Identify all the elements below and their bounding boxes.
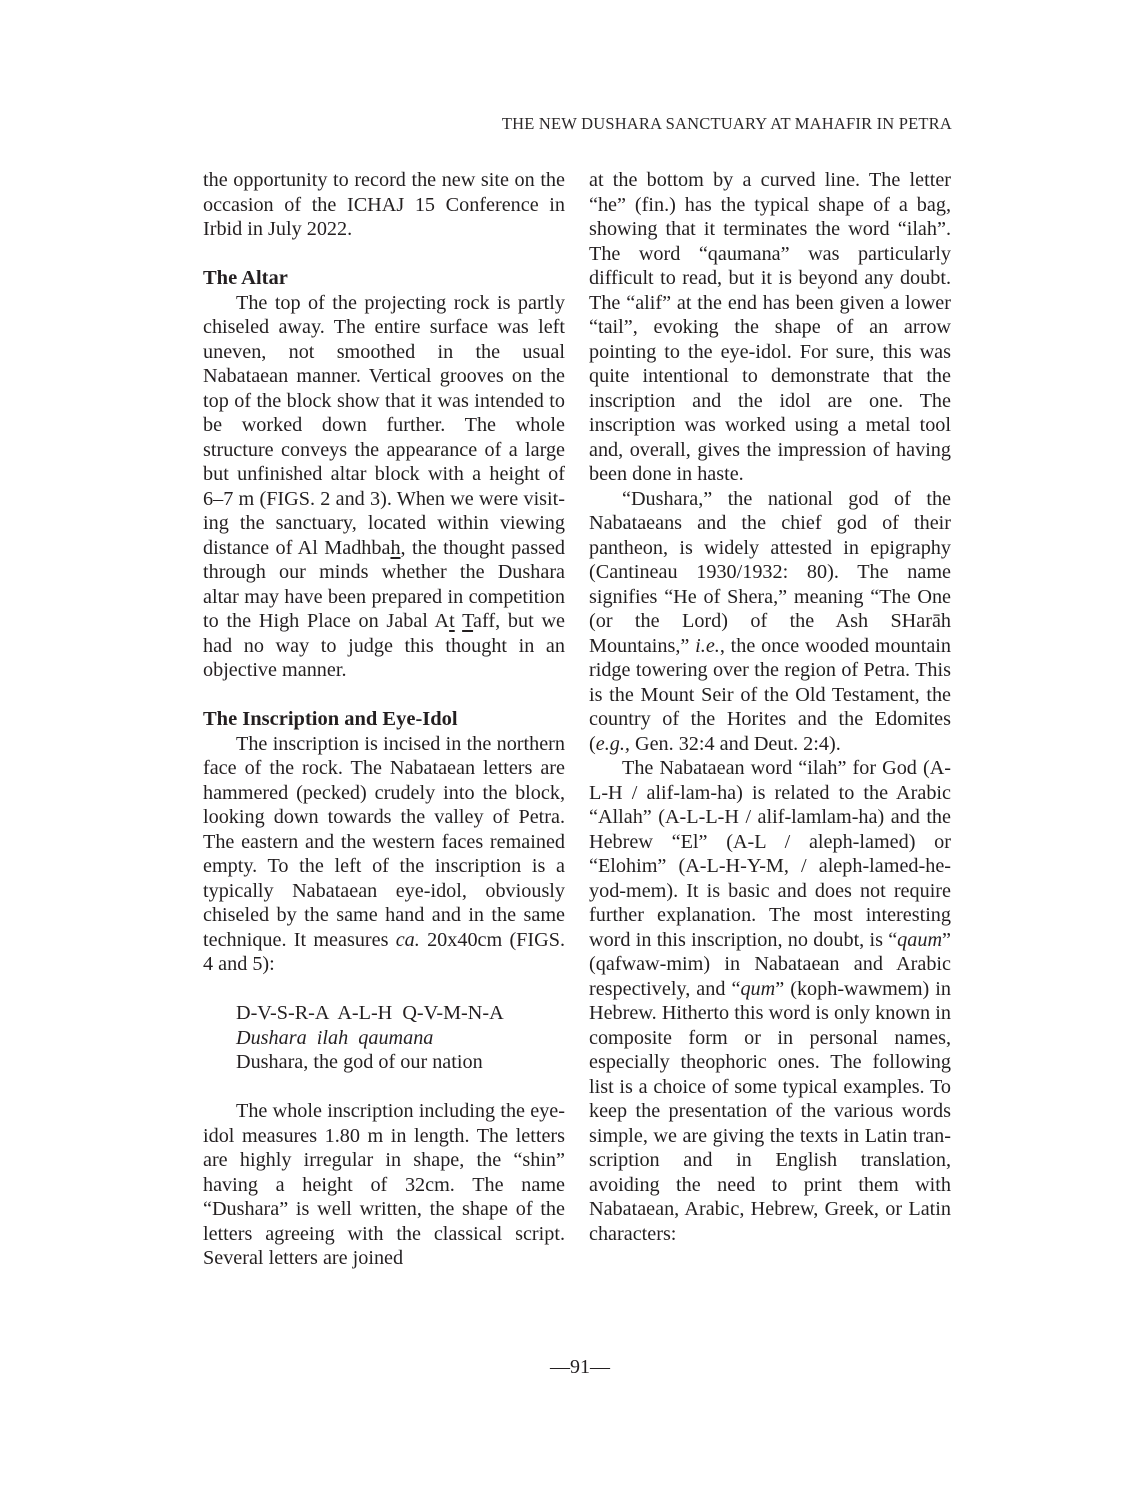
section-heading-inscription: The Inscription and Eye-Idol [203,707,565,732]
spacer [203,242,565,267]
inscription-description-paragraph: The whole inscription including the eye-… [203,1099,565,1271]
inscription-block: D-V-S-R-A A-L-H Q-V-M-N-A Dushara ilah q… [203,1001,565,1075]
spacer [203,683,565,708]
running-head: THE NEW DUSHARA SANCTUARY AT MAHAFIR IN … [502,114,952,134]
inscription-paragraph: The inscription is incised in the northe… [203,732,565,977]
inscription-translation: Dushara, the god of our nation [203,1050,565,1075]
left-column: the opportunity to record the new site o… [203,168,565,1271]
inscription-reading: Dushara ilah qaumana [203,1026,565,1051]
dushara-paragraph: “Dushara,” the national god of the Nabat… [589,487,951,757]
spacer [203,1075,565,1100]
altar-paragraph: The top of the projecting rock is partly… [203,291,565,683]
section-heading-altar: The Altar [203,266,565,291]
page-number: —91— [0,1356,1126,1379]
right-column: at the bottom by a curved line. The lett… [589,168,951,1246]
continued-paragraph: at the bottom by a curved line. The lett… [589,168,951,487]
inscription-transliteration: D-V-S-R-A A-L-H Q-V-M-N-A [203,1001,565,1026]
spacer [203,977,565,1002]
intro-paragraph: the opportunity to record the new site o… [203,168,565,242]
ilah-paragraph: The Nabataean word “ilah” for God (A-L-H… [589,756,951,1246]
